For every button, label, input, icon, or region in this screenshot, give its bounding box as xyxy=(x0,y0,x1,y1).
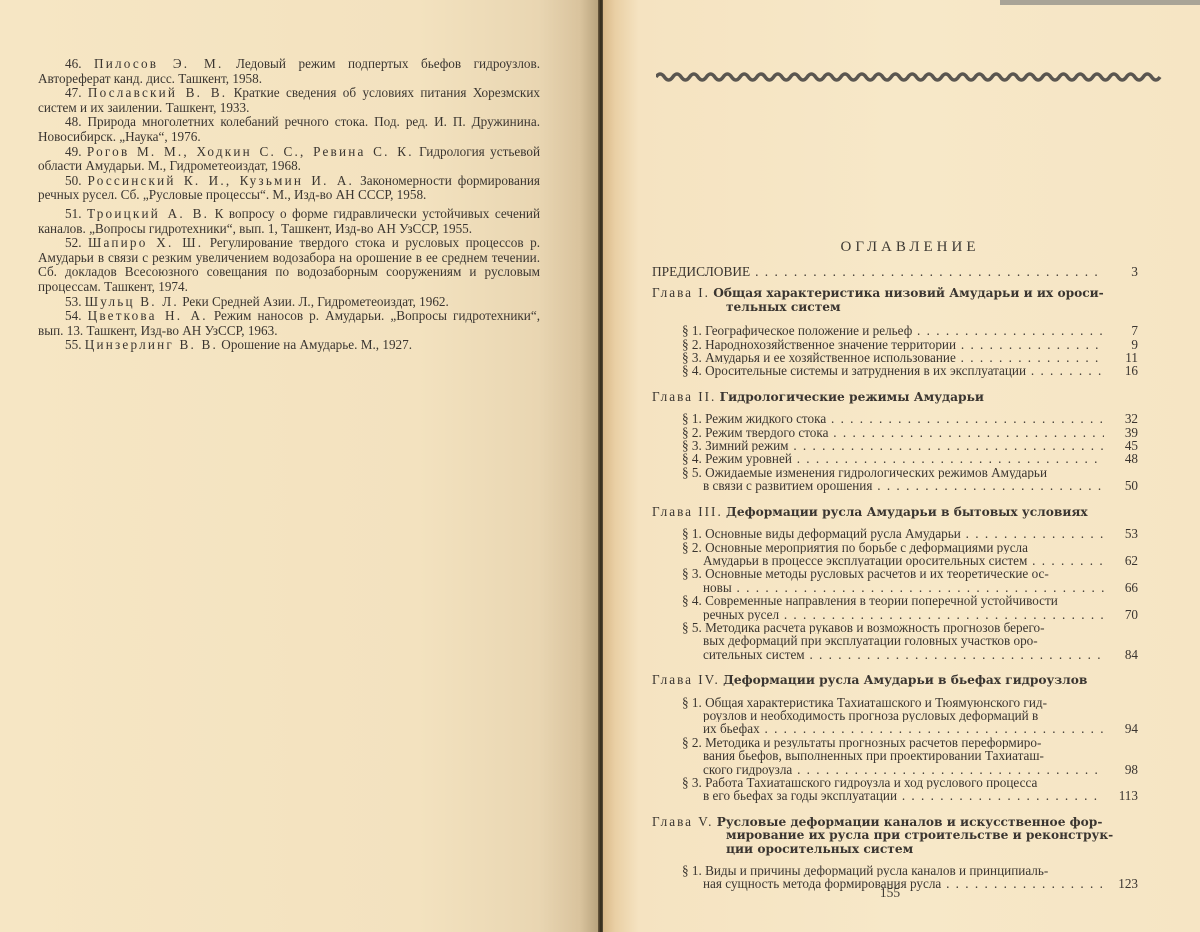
entry-author: Цветкова Н. А. xyxy=(88,308,208,323)
toc-section[interactable]: § 3. Амударья и ее хозяйственное использ… xyxy=(652,351,1138,364)
chapter-label: Глава III. xyxy=(652,504,723,519)
left-page: 46. Пилосов Э. М. Ледовый режим подперты… xyxy=(0,0,598,932)
toc-section[interactable]: § 2. Методика и результаты прогнозных ра… xyxy=(652,736,1138,776)
entry-author: Шапиро Х. Ш. xyxy=(88,235,203,250)
bibliography-entry: 49. Рогов М. М., Ходкин С. С., Ревина С.… xyxy=(38,145,540,174)
toc-chapter-2[interactable]: Глава II. Гидрологические режимы Амударь… xyxy=(652,390,1138,404)
bibliography-entry: 53. Шульц В. Л. Реки Средней Азии. Л., Г… xyxy=(38,295,540,310)
toc-section[interactable]: § 4. Современные направления в теории по… xyxy=(652,594,1138,621)
toc-chapter-3[interactable]: Глава III. Деформации русла Амударьи в б… xyxy=(652,505,1138,519)
table-of-contents: ПРЕДИСЛОВИЕ 3 Глава I. Общая характерист… xyxy=(652,265,1138,891)
toc-chapter-4[interactable]: Глава IV. Деформации русла Амударьи в бь… xyxy=(652,673,1138,687)
toc-preface-label: ПРЕДИСЛОВИЕ xyxy=(652,265,1104,278)
chapter-title: Гидрологические режимы Амударьи xyxy=(720,390,984,404)
entry-author: Пилосов Э. М. xyxy=(94,56,223,71)
chapter-label: Глава IV. xyxy=(652,672,720,687)
bibliography-entry: 50. Россинский К. И., Кузьмин И. А. Зако… xyxy=(38,174,540,203)
bibliography-entry: 48. Природа многолетних колебаний речног… xyxy=(38,115,540,144)
chapter-title-cont: тельных систем xyxy=(652,301,1138,314)
toc-section[interactable]: § 5. Методика расчета рукавов и возможно… xyxy=(652,621,1138,661)
toc-section[interactable]: § 1. Режим жидкого стока32 xyxy=(652,412,1138,425)
bibliography-entry: 51. Троицкий А. В. К вопросу о форме гид… xyxy=(38,207,540,236)
entry-author: Пославский В. В. xyxy=(88,85,227,100)
entry-author: Рогов М. М., Ходкин С. С., Ревина С. К. xyxy=(87,144,414,159)
toc-section[interactable]: § 3. Основные методы русловых расчетов и… xyxy=(652,567,1138,594)
entry-author: Россинский К. И., Кузьмин И. А. xyxy=(88,173,355,188)
bibliography-entry: 46. Пилосов Э. М. Ледовый режим подперты… xyxy=(38,57,540,86)
bibliography-entry: 47. Пославский В. В. Краткие сведения об… xyxy=(38,86,540,115)
toc-section[interactable]: § 2. Основные мероприятия по борьбе с де… xyxy=(652,541,1138,568)
toc-section[interactable]: § 1. Общая характеристика Тахиаташского … xyxy=(652,696,1138,736)
bibliography-entry: 54. Цветкова Н. А. Режим наносов р. Амуд… xyxy=(38,309,540,338)
wavy-rule-ornament xyxy=(656,70,1162,84)
toc-preface[interactable]: ПРЕДИСЛОВИЕ 3 xyxy=(652,265,1138,278)
chapter-title: Деформации русла Амударьи в бьефах гидро… xyxy=(723,673,1087,687)
chapter-label: Глава V. xyxy=(652,814,713,829)
toc-title: ОГЛАВЛЕНИЕ xyxy=(640,239,1180,256)
toc-chapter-5[interactable]: Глава V. Русловые деформации каналов и и… xyxy=(652,815,1138,856)
bibliography-entry: 52. Шапиро Х. Ш. Регулирование твердого … xyxy=(38,236,540,294)
toc-section[interactable]: § 4. Оросительные системы и затруднения … xyxy=(652,364,1138,377)
chapter-title-cont: ции оросительных систем xyxy=(652,843,1138,856)
toc-section[interactable]: § 2. Режим твердого стока39 xyxy=(652,426,1138,439)
toc-chapter-1[interactable]: Глава I. Общая характеристика низовий Ам… xyxy=(652,286,1138,314)
chapter-title: Общая характеристика низовий Амударьи и … xyxy=(713,286,1103,300)
page-number: 155 xyxy=(640,885,1140,901)
toc-section[interactable]: § 4. Режим уровней48 xyxy=(652,452,1138,465)
toc-section[interactable]: § 3. Зимний режим45 xyxy=(652,439,1138,452)
toc-section[interactable]: § 2. Народнохозяйственное значение терри… xyxy=(652,338,1138,351)
toc-section[interactable]: § 1. Основные виды деформаций русла Амуд… xyxy=(652,527,1138,540)
entry-author: Шульц В. Л. xyxy=(85,294,179,309)
chapter-label: Глава I. xyxy=(652,285,710,300)
scan-edge xyxy=(1000,0,1200,5)
chapter-title-cont: мирование их русла при строительстве и р… xyxy=(652,829,1138,842)
toc-section[interactable]: § 1. Географическое положение и рельеф7 xyxy=(652,324,1138,337)
toc-page-number: 3 xyxy=(1104,265,1138,278)
entry-author: Троицкий А. В. xyxy=(87,206,209,221)
bibliography-entry: 55. Цинзерлинг В. В. Орошение на Амударь… xyxy=(38,338,540,353)
chapter-title: Деформации русла Амударьи в бытовых усло… xyxy=(726,505,1088,519)
bibliography-list: 46. Пилосов Э. М. Ледовый режим подперты… xyxy=(38,57,540,353)
chapter-label: Глава II. xyxy=(652,389,716,404)
toc-section[interactable]: § 3. Работа Тахиаташского гидроузла и хо… xyxy=(652,776,1138,803)
toc-section[interactable]: § 5. Ожидаемые изменения гидрологических… xyxy=(652,466,1138,493)
entry-author: Цинзерлинг В. В. xyxy=(85,337,218,352)
chapter-title: Русловые деформации каналов и искусствен… xyxy=(717,815,1103,829)
